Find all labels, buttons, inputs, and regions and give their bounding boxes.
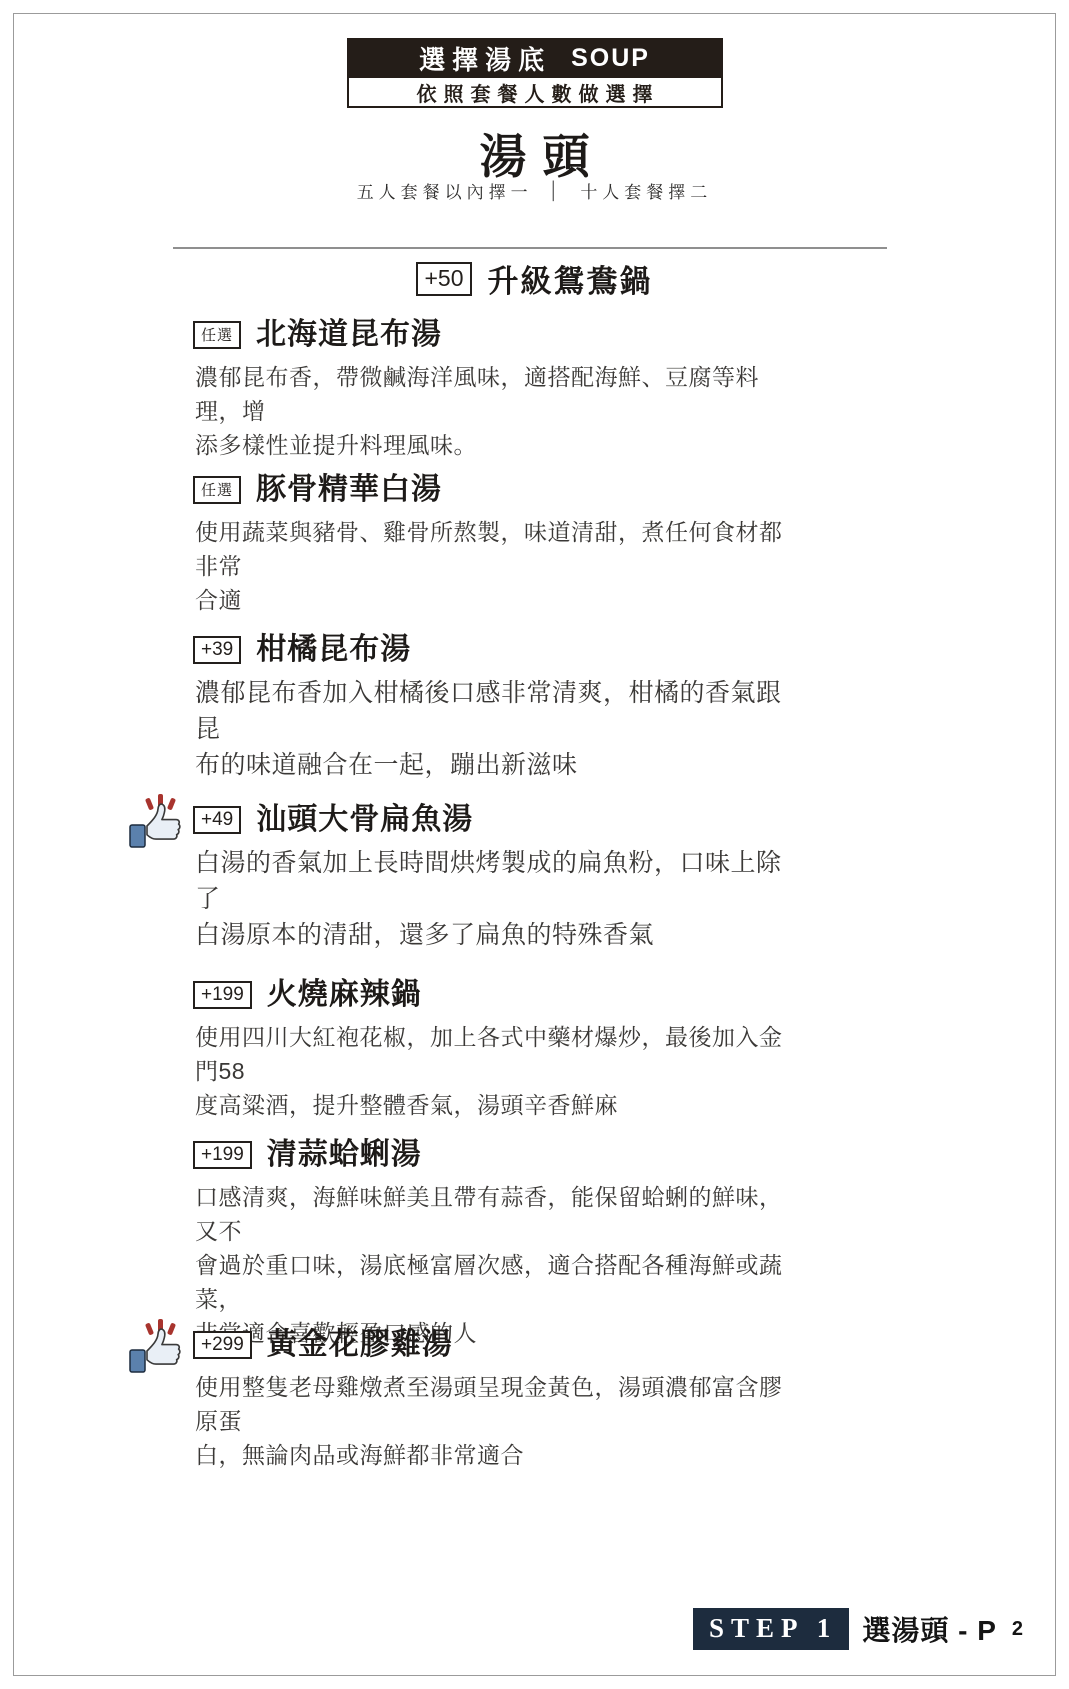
price-badge: +199 <box>193 1141 252 1169</box>
menu-item-description: 使用蔬菜與豬骨、雞骨所熬製，味道清甜，煮任何食材都非常 合適 <box>195 515 805 617</box>
menu-item: +49 汕頭大骨扁魚湯 白湯的香氣加上長時間烘烤製成的扁魚粉，口味上除了 白湯原… <box>193 803 805 953</box>
subtitle-separator: │ <box>549 181 565 201</box>
header-banner: 選擇湯底 SOUP 依照套餐人數做選擇 <box>347 38 723 108</box>
price-badge: +299 <box>193 1331 252 1359</box>
menu-item: 任選 北海道昆布湯 濃郁昆布香，帶微鹹海洋風味，適搭配海鮮、豆腐等料理，增 添多… <box>193 318 805 462</box>
banner-title: 選擇湯底 <box>419 40 551 77</box>
upgrade-label: 升級鴛鴦鍋 <box>488 256 653 301</box>
menu-item-header: 任選 豚骨精華白湯 <box>193 473 805 506</box>
banner-title-en: SOUP <box>571 44 650 73</box>
choice-badge: 任選 <box>193 476 241 504</box>
menu-item-description: 白湯的香氣加上長時間烘烤製成的扁魚粉，口味上除了 白湯原本的清甜，還多了扁魚的特… <box>195 845 805 953</box>
menu-item-description: 使用四川大紅袍花椒，加上各式中藥材爆炒，最後加入金門58 度高粱酒，提升整體香氣… <box>195 1020 805 1122</box>
menu-item: +39 柑橘昆布湯 濃郁昆布香加入柑橘後口感非常清爽，柑橘的香氣跟昆 布的味道融… <box>193 633 805 783</box>
menu-item: +299 黃金花膠雞湯 使用整隻老母雞燉煮至湯頭呈現金黃色，湯頭濃郁富含膠原蛋 … <box>193 1328 805 1472</box>
page-title: 湯頭 <box>0 120 1069 187</box>
menu-item-title: 柑橘昆布湯 <box>256 633 411 666</box>
menu-item-title: 黃金花膠雞湯 <box>267 1328 453 1361</box>
menu-item-header: +39 柑橘昆布湯 <box>193 633 805 666</box>
menu-item-description: 濃郁昆布香，帶微鹹海洋風味，適搭配海鮮、豆腐等料理，增 添多樣性並提升料理風味。 <box>195 360 805 462</box>
menu-item: 任選 豚骨精華白湯 使用蔬菜與豬骨、雞骨所熬製，味道清甜，煮任何食材都非常 合適 <box>193 473 805 617</box>
menu-item-description: 濃郁昆布香加入柑橘後口感非常清爽，柑橘的香氣跟昆 布的味道融合在一起，蹦出新滋味 <box>195 675 805 783</box>
menu-item-header: +299 黃金花膠雞湯 <box>193 1328 805 1361</box>
price-badge: +39 <box>193 636 241 664</box>
thumbs-up-icon <box>126 787 186 851</box>
menu-item: +199 火燒麻辣鍋 使用四川大紅袍花椒，加上各式中藥材爆炒，最後加入金門58 … <box>193 978 805 1122</box>
banner-title-bar: 選擇湯底 SOUP <box>347 38 723 78</box>
thumbs-up-icon <box>126 1312 186 1376</box>
choice-badge: 任選 <box>193 321 241 349</box>
page-subtitle: 五人套餐以內擇一 │ 十人套餐擇二 <box>0 178 1069 203</box>
menu-item-title: 清蒜蛤蜊湯 <box>267 1138 422 1171</box>
menu-item-description: 使用整隻老母雞燉煮至湯頭呈現金黃色，湯頭濃郁富含膠原蛋 白，無論肉品或海鮮都非常… <box>195 1370 805 1472</box>
section-divider <box>173 247 887 249</box>
upgrade-row: +50 升級鴛鴦鍋 <box>0 256 1069 301</box>
price-badge: +199 <box>193 981 252 1009</box>
subtitle-left: 五人套餐以內擇一 <box>357 178 533 203</box>
menu-item-title: 豚骨精華白湯 <box>256 473 442 506</box>
menu-page: 選擇湯底 SOUP 依照套餐人數做選擇 湯頭 五人套餐以內擇一 │ 十人套餐擇二… <box>0 0 1069 1689</box>
menu-item: +199 清蒜蛤蜊湯 口感清爽，海鮮味鮮美且帶有蒜香，能保留蛤蜊的鮮味，又不 會… <box>193 1138 805 1350</box>
price-badge: +49 <box>193 806 241 834</box>
menu-item-header: +199 清蒜蛤蜊湯 <box>193 1138 805 1171</box>
menu-item-header: +49 汕頭大骨扁魚湯 <box>193 803 805 836</box>
footer-label: 選湯頭 - P <box>862 1609 997 1649</box>
footer: STEP 1 選湯頭 - P 2 <box>693 1608 1023 1650</box>
subtitle-right: 十人套餐擇二 <box>580 178 712 203</box>
price-badge: +50 <box>416 262 471 296</box>
menu-item-title: 汕頭大骨扁魚湯 <box>256 803 473 836</box>
menu-item-title: 火燒麻辣鍋 <box>267 978 422 1011</box>
menu-item-title: 北海道昆布湯 <box>256 318 442 351</box>
menu-item-header: +199 火燒麻辣鍋 <box>193 978 805 1011</box>
menu-item-description: 口感清爽，海鮮味鮮美且帶有蒜香，能保留蛤蜊的鮮味，又不 會過於重口味，湯底極富層… <box>195 1180 805 1350</box>
banner-note: 依照套餐人數做選擇 <box>347 78 723 108</box>
menu-item-header: 任選 北海道昆布湯 <box>193 318 805 351</box>
footer-page-number: 2 <box>1012 1618 1023 1641</box>
step-badge: STEP 1 <box>693 1608 849 1650</box>
